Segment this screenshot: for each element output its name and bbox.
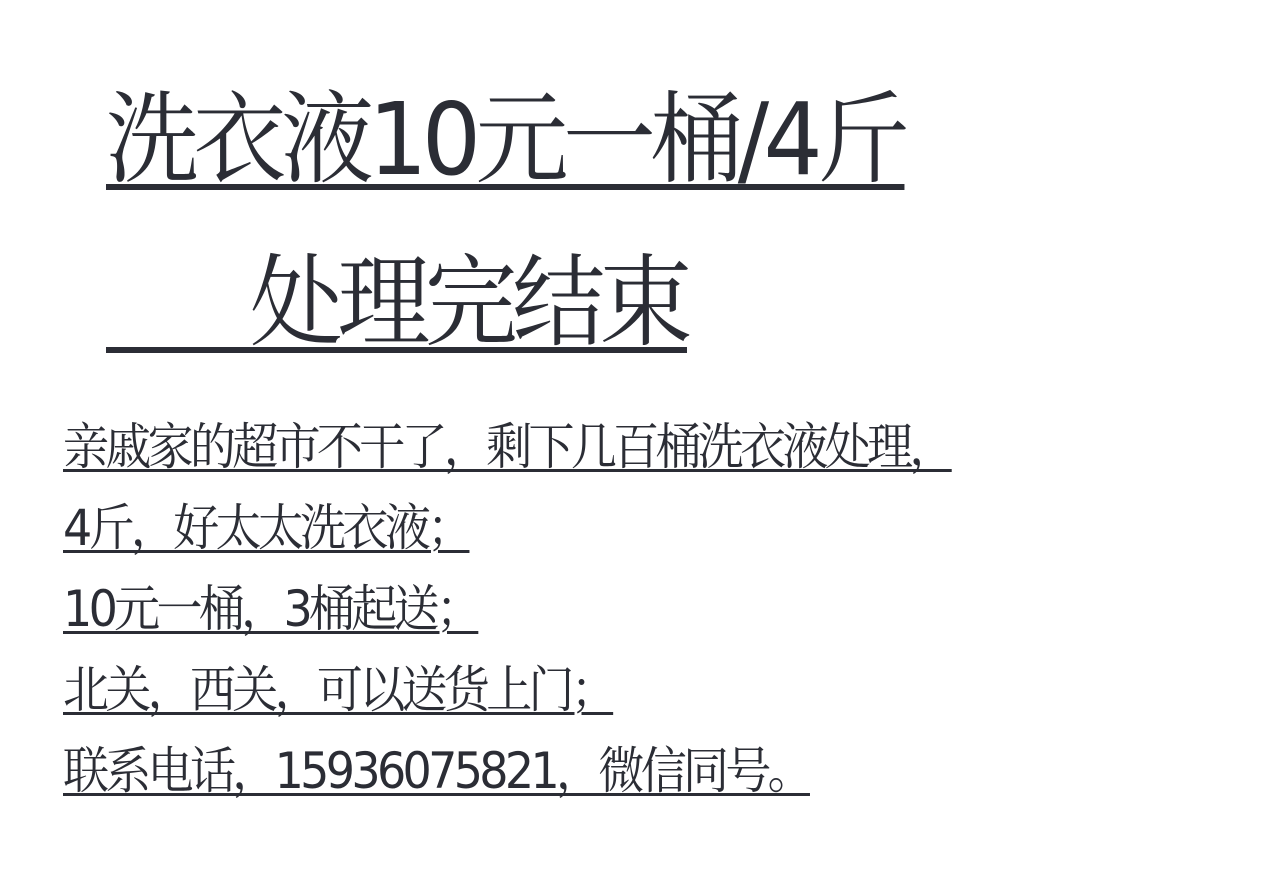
body-line-reason: 亲戚家的超市不干了，剩下几百桶洗衣液处理， — [63, 422, 952, 472]
body-line-contact: 联系电话，15936075821，微信同号。 — [63, 746, 810, 796]
headline-clearance: 处理完结束 — [106, 253, 687, 353]
body-line-delivery: 北关，西关，可以送货上门； — [63, 665, 613, 715]
body-line-product: 4斤，好太太洗衣液； — [63, 503, 469, 553]
body-line-price: 10元一桶，3桶起送； — [63, 584, 478, 634]
headline-price: 洗衣液10元一桶/4斤 — [106, 90, 904, 190]
